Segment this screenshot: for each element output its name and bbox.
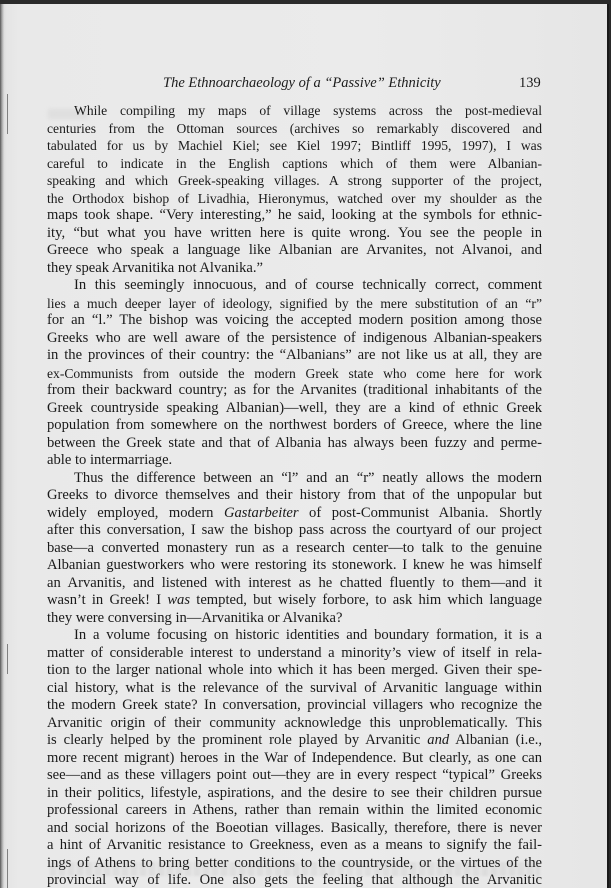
text-line: matter of considerable interest to under… bbox=[47, 645, 542, 663]
page-number: 139 bbox=[519, 75, 541, 92]
text-line: centuries from the Ottoman sources (arch… bbox=[47, 120, 542, 138]
text-line: wasn’t in Greek! I was tempted, but wise… bbox=[47, 592, 542, 610]
text-line: In this seemingly innocuous, and of cour… bbox=[47, 277, 542, 295]
text-line: base—a converted monastery run as a rese… bbox=[47, 540, 542, 558]
running-head-title: The Ethnoarchaeology of a “Passive” Ethn… bbox=[163, 75, 441, 92]
text-line: Greeks to divorce themselves and their h… bbox=[47, 487, 542, 505]
paragraph-3: Thus the difference between an “l” and a… bbox=[47, 470, 542, 628]
text-line: Arvanitic origin of their community ackn… bbox=[47, 715, 542, 733]
text-line: in the provinces of their country: the “… bbox=[47, 347, 542, 365]
italic-term: was bbox=[167, 592, 190, 608]
text-line: a hint of Arvanitic resistance to Greekn… bbox=[47, 837, 542, 855]
paragraph-1: While compiling my maps of village syste… bbox=[47, 102, 542, 277]
text-line: speaking and which Greek-speaking villag… bbox=[47, 172, 542, 190]
text-line: Thus the difference between an “l” and a… bbox=[47, 470, 542, 488]
text-line: maps took shape. “Very interesting,” he … bbox=[47, 207, 542, 225]
text-line: Greeks who are well aware of the persist… bbox=[47, 330, 542, 348]
text-line: they speak Arvanitika not Alvanika.” bbox=[47, 260, 542, 278]
text-line: Albanian guestworkers who were restoring… bbox=[47, 557, 542, 575]
text-line: see—and as these villagers point out—the… bbox=[47, 767, 542, 785]
text-line: in their politics, lifestyle, aspiration… bbox=[47, 785, 542, 803]
text-line: cial history, what is the relevance of t… bbox=[47, 680, 542, 698]
paragraph-2: In this seemingly innocuous, and of cour… bbox=[47, 277, 542, 470]
show-through-next-line bbox=[50, 862, 540, 876]
text-line: and social horizons of the Boeotian vill… bbox=[47, 820, 542, 838]
book-page: The Ethnoarchaeology of a “Passive” Ethn… bbox=[0, 4, 609, 888]
scan-artifact-line bbox=[7, 94, 8, 134]
text-line: professional careers in Athens, rather t… bbox=[47, 802, 542, 820]
text-line: tion to the larger national whole into w… bbox=[47, 662, 542, 680]
text-line: ity, “but what you have written here is … bbox=[47, 225, 542, 243]
text-line: the modern Greek state? In conversation,… bbox=[47, 697, 542, 715]
text-line: tabulated for us by Machiel Kiel; see Ki… bbox=[47, 137, 542, 155]
body-text: While compiling my maps of village syste… bbox=[47, 102, 542, 888]
text-line: the Orthodox bishop of Livadhia, Hierony… bbox=[47, 190, 542, 208]
scan-artifact-line bbox=[7, 849, 8, 888]
text-line: more recent migrant) heroes in the War o… bbox=[47, 750, 542, 768]
text-line: between the Greek state and that of Alba… bbox=[47, 435, 542, 453]
text-line: they were conversing in—Arvanitika or Al… bbox=[47, 610, 542, 628]
text-line: ex-Communists from outside the modern Gr… bbox=[47, 365, 542, 383]
text-line: Greek countryside speaking Albanian)—wel… bbox=[47, 400, 542, 418]
text-line: While compiling my maps of village syste… bbox=[47, 102, 542, 120]
text-line: for an “l.” The bishop was voicing the a… bbox=[47, 312, 542, 330]
text-line: able to intermarriage. bbox=[47, 452, 542, 470]
italic-term: Gastarbeiter bbox=[224, 505, 299, 521]
text-line: is clearly helped by the prominent role … bbox=[47, 732, 542, 750]
page-spine-shadow bbox=[0, 4, 4, 888]
text-line: lies a much deeper layer of ideology, si… bbox=[47, 295, 542, 313]
scan-artifact-line bbox=[7, 644, 8, 674]
text-line: careful to indicate in the English capti… bbox=[47, 155, 542, 173]
text-line: an Arvanitis, and listened with interest… bbox=[47, 575, 542, 593]
text-line: population from somewhere on the northwe… bbox=[47, 417, 542, 435]
text-line: widely employed, modern Gastarbeiter of … bbox=[47, 505, 542, 523]
text-line: Greece who speak a language like Albania… bbox=[47, 242, 542, 260]
text-line: In a volume focusing on historic identit… bbox=[47, 627, 542, 645]
text-line: after this conversation, I saw the bisho… bbox=[47, 522, 542, 540]
paragraph-4: In a volume focusing on historic identit… bbox=[47, 627, 542, 888]
italic-term: and bbox=[427, 732, 449, 748]
text-line: from their backward country; as for the … bbox=[47, 382, 542, 400]
